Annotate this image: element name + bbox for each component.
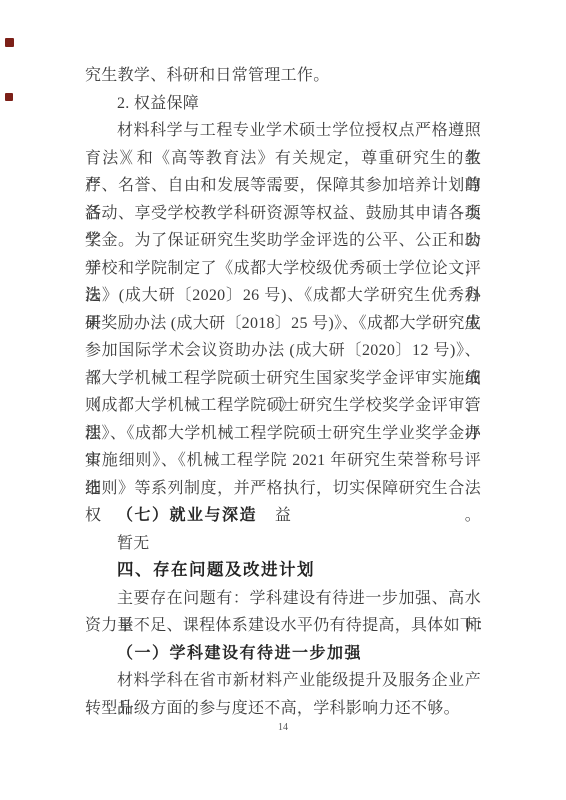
- text-line: 细则》等系列制度，并严格执行，切实保障研究生合法权益。: [85, 475, 481, 503]
- text-line: 暂无: [85, 530, 481, 558]
- text-line: 严、名誉、自由和发展等需要，保障其参加培养计划的各项: [85, 172, 481, 200]
- heading-line: （一）学科建设有待进一步加强: [85, 640, 481, 668]
- scan-artifact-mark: [5, 38, 14, 47]
- text-line: 育法》和《高等教育法》有关规定，尊重研究生的生存、尊: [85, 145, 481, 173]
- text-line: 法》(成大研〔2020〕26 号)、《成都大学研究生优秀科研成: [85, 282, 481, 310]
- text-line: 活动、享受学校教学科研资源等权益、鼓励其申请各类奖助: [85, 200, 481, 228]
- text-line: 实施细则》、《机械工程学院 2021 年研究生荣誉称号评选: [85, 447, 481, 475]
- heading-line: 四、存在问题及改进计划: [85, 557, 481, 585]
- text-line: 究生教学、科研和日常管理工作。: [85, 62, 481, 90]
- scan-artifact-mark: [5, 93, 13, 101]
- page-number: 14: [0, 722, 566, 733]
- text-line: 转型升级方面的参与度还不高，学科影响力还不够。: [85, 695, 481, 723]
- text-line: 学校和学院制定了《成都大学校级优秀硕士学位论文评选办: [85, 255, 481, 283]
- text-line: 材料科学与工程专业学术硕士学位授权点严格遵照《教: [85, 117, 481, 145]
- text-line: 资力量不足、课程体系建设水平仍有待提高，具体如下：: [85, 612, 481, 640]
- text-line: 材料学科在省市新材料产业能级提升及服务企业产品: [85, 667, 481, 695]
- text-line: 参加国际学术会议资助办法 (成大研〔2020〕12 号)》、《成: [85, 337, 481, 365]
- text-line: 学金。为了保证研究生奖助学金评选的公平、公正和公开，: [85, 227, 481, 255]
- document-page: 究生教学、科研和日常管理工作。2. 权益保障材料科学与工程专业学术硕士学位授权点…: [0, 0, 566, 800]
- text-line: 主要存在问题有：学科建设有待进一步加强、高水平师: [85, 585, 481, 613]
- text-line: 果奖励办法 (成大研〔2018〕25 号)》、《成都大学研究生: [85, 310, 481, 338]
- text-line: 《成都大学机械工程学院硕士研究生学校奖学金评审管理办: [85, 392, 481, 420]
- text-line: 法》、《成都大学机械工程学院硕士研究生学业奖学金评审: [85, 420, 481, 448]
- document-text-column: 究生教学、科研和日常管理工作。2. 权益保障材料科学与工程专业学术硕士学位授权点…: [85, 62, 481, 722]
- text-line: 2. 权益保障: [85, 90, 481, 118]
- text-line: 都大学机械工程学院硕士研究生国家奖学金评审实施细则》、: [85, 365, 481, 393]
